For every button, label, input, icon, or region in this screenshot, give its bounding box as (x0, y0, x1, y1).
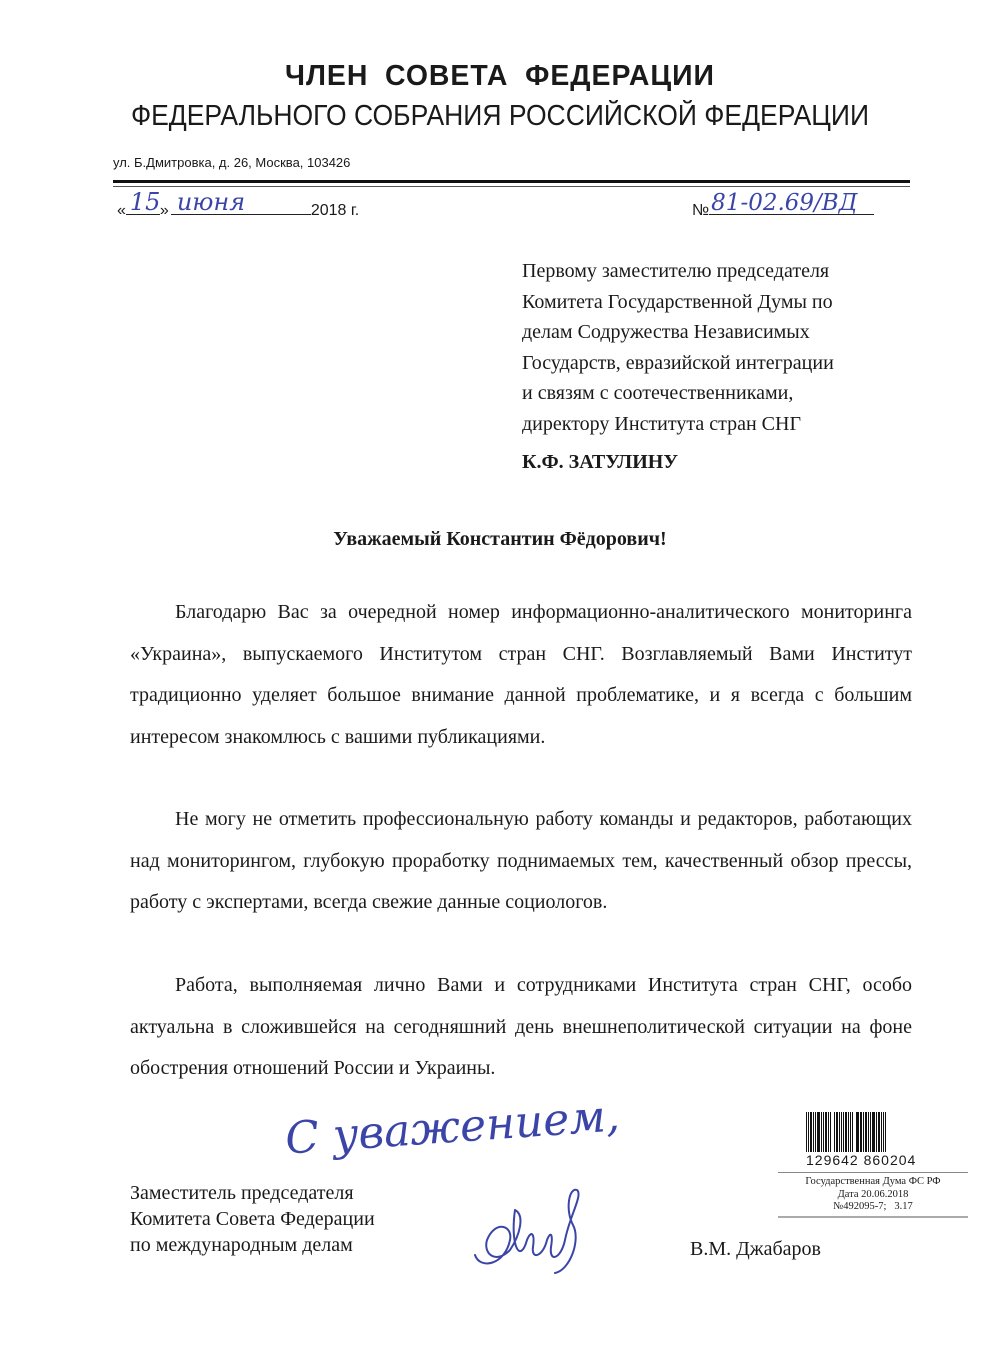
barcode-icon (806, 1112, 968, 1152)
barcode-number: 129642 860204 (806, 1152, 968, 1168)
recipient-name: К.Ф. ЗАТУЛИНУ (522, 451, 678, 474)
date-day-blank: 15 (126, 196, 160, 215)
date-close-quote: » (160, 202, 169, 219)
stamp-registration-number: №492095-7; 3.17 (778, 1201, 968, 1214)
addressee-line: Комитета Государственной Думы по (522, 287, 922, 318)
handwritten-closing: С уважением, (284, 1090, 622, 1164)
date-month-blank: июня (171, 196, 311, 215)
signer-title-line: по международным делам (130, 1232, 375, 1258)
body-paragraph: Не могу не отметить профессиональную раб… (130, 799, 912, 924)
stamp-divider (778, 1172, 968, 1173)
number-blank: 81-02.69/ВД (709, 196, 874, 215)
body-paragraph: Благодарю Вас за очередной номер информа… (130, 592, 912, 758)
addressee-line: Первому заместителю председателя (522, 256, 922, 287)
date-field: «15»июня2018 г. (117, 196, 359, 220)
stamp-text: Государственная Дума ФС РФ Дата 20.06.20… (778, 1176, 968, 1214)
date-day-handwritten: 15 (130, 188, 161, 216)
date-year: 2018 г. (311, 202, 359, 219)
letterhead-title-line2: ФЕДЕРАЛЬНОГО СОБРАНИЯ РОССИЙСКОЙ ФЕДЕРАЦ… (35, 100, 965, 133)
stamp-bottom-divider (778, 1216, 968, 1218)
document-number-field: №81-02.69/ВД (692, 196, 874, 220)
stamp-organization: Государственная Дума ФС РФ (778, 1176, 968, 1189)
date-open-quote: « (117, 202, 126, 219)
number-prefix: № (692, 202, 709, 219)
stamp-date: Дата 20.06.2018 (778, 1189, 968, 1202)
signer-name: В.М. Джабаров (690, 1238, 821, 1261)
signer-title-line: Комитета Совета Федерации (130, 1206, 375, 1232)
body-paragraph: Работа, выполняемая лично Вами и сотрудн… (130, 965, 912, 1090)
addressee-block: Первому заместителю председателя Комитет… (522, 256, 922, 439)
handwritten-signature-icon (465, 1185, 595, 1275)
addressee-line: и связям с соотечественниками, (522, 378, 922, 409)
letterhead-title-line1: ЧЛЕН СОВЕТА ФЕДЕРАЦИИ (10, 60, 990, 93)
signer-title: Заместитель председателя Комитета Совета… (130, 1180, 375, 1258)
letterhead-rule-thin (113, 186, 910, 187)
addressee-line: делам Содружества Независимых (522, 317, 922, 348)
addressee-line: директору Института стран СНГ (522, 409, 922, 440)
letterhead-address: ул. Б.Дмитровка, д. 26, Москва, 103426 (113, 155, 350, 170)
number-handwritten: 81-02.69/ВД (711, 190, 857, 216)
signer-title-line: Заместитель председателя (130, 1180, 375, 1206)
letterhead-rule-thick (113, 180, 910, 183)
date-month-handwritten: июня (177, 188, 245, 216)
salutation: Уважаемый Константин Фёдорович! (0, 528, 1000, 551)
addressee-line: Государств, евразийской интеграции (522, 348, 922, 379)
registration-stamp: 129642 860204 Государственная Дума ФС РФ… (778, 1112, 968, 1218)
